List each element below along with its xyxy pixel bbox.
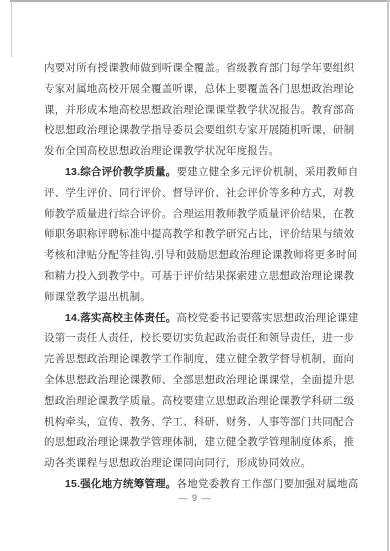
paragraph-text: 各地党委教育工作部门要加强对属地高 xyxy=(177,478,359,490)
document-text-block: 内要对所有授课教师做到听课全覆盖。省级教育部门每学年要组织 专家对属地高校开展全… xyxy=(44,58,347,495)
page-right-edge xyxy=(387,0,389,551)
paragraph-text: 的思想政治理论课教学管理体制，建立健全教学管理制度体系，推 xyxy=(44,436,354,448)
text-line: 全体思想政治理论课教师、全部思想政治理论课课堂，全面提升思 xyxy=(44,370,347,391)
text-line: 专家对属地高校开展全覆盖听课，总体上要覆盖各门思想政治理论 xyxy=(44,79,347,100)
paragraph-text: 发布全国高校思想政治理论课教学状况年度报告。 xyxy=(44,145,279,157)
paragraph-heading: 14.落实高校主体责任。 xyxy=(65,312,177,324)
text-line: 14.落实高校主体责任。高校党委书记要落实思想政治理论课建 xyxy=(44,308,347,329)
paragraph-text: 考核和津贴分配等挂钩,引导和鼓励思想政治理论课教师将更多时间 xyxy=(44,249,357,261)
text-line: 师教学质量进行综合评价。合理运用教师教学质量评价结果，在教 xyxy=(44,204,347,225)
text-line: 考核和津贴分配等挂钩,引导和鼓励思想政治理论课教师将更多时间 xyxy=(44,245,347,266)
text-line: 课，并形成本地高校思想政治理论课课堂教学状况报告。教育部高 xyxy=(44,100,347,121)
paragraph-text: 校思想政治理论课教学指导委员会要组织专家开展随机听课，研制 xyxy=(44,124,354,136)
text-line: 想政治理论课教学质量。高校要建立思想政治理论课教学科研二级 xyxy=(44,391,347,412)
text-line: 内要对所有授课教师做到听课全覆盖。省级教育部门每学年要组织 xyxy=(44,58,347,79)
text-line: 的思想政治理论课教学管理体制，建立健全教学管理制度体系，推 xyxy=(44,432,347,453)
paragraph-text: 高校党委书记要落实思想政治理论课建 xyxy=(177,312,359,324)
text-line: 设第一责任人责任，校长要切实负起政治责任和领导责任，进一步 xyxy=(44,328,347,349)
page-number: — 9 — xyxy=(0,493,390,503)
text-line: 13.综合评价教学质量。要建立健全多元评价机制，采用教师自 xyxy=(44,162,347,183)
paragraph-heading: 15.强化地方统筹管理。 xyxy=(65,478,177,490)
paragraph-text: 课，并形成本地高校思想政治理论课课堂教学状况报告。教育部高 xyxy=(44,104,354,116)
paragraph-text: 专家对属地高校开展全覆盖听课，总体上要覆盖各门思想政治理论 xyxy=(44,83,354,95)
text-line: 15.强化地方统筹管理。各地党委教育工作部门要加强对属地高 xyxy=(44,474,347,495)
text-line: 师课堂教学退出机制。 xyxy=(44,287,347,308)
paragraph-text: 要建立健全多元评价机制，采用教师自 xyxy=(177,166,359,178)
text-line: 评、学生评价、同行评价、督导评价、社会评价等多种方式，对教 xyxy=(44,183,347,204)
page-left-edge xyxy=(11,2,12,57)
text-line: 校思想政治理论课教学指导委员会要组织专家开展随机听课，研制 xyxy=(44,120,347,141)
text-line: 动各类课程与思想政治理论课同向同行，形成协同效应。 xyxy=(44,453,347,474)
page-top-edge xyxy=(10,0,390,2)
paragraph-text: 全体思想政治理论课教师、全部思想政治理论课课堂，全面提升思 xyxy=(44,374,354,386)
text-line: 机构牵头，宣传、教务、学工、科研、财务、人事等部门共同配合 xyxy=(44,412,347,433)
paragraph-text: 评、学生评价、同行评价、督导评价、社会评价等多种方式，对教 xyxy=(44,187,354,199)
paragraph-text: 师教学质量进行综合评价。合理运用教师教学质量评价结果，在教 xyxy=(44,208,354,220)
paragraph-text: 完善思想政治理论课教学工作制度，建立健全教学督导机制，面向 xyxy=(44,353,354,365)
paragraph-text: 机构牵头，宣传、教务、学工、科研、财务、人事等部门共同配合 xyxy=(44,416,354,428)
paragraph-text: 内要对所有授课教师做到听课全覆盖。省级教育部门每学年要组织 xyxy=(44,62,354,74)
text-line: 发布全国高校思想政治理论课教学状况年度报告。 xyxy=(44,141,347,162)
paragraph-text: 想政治理论课教学质量。高校要建立思想政治理论课教学科研二级 xyxy=(44,395,354,407)
paragraph-text: 设第一责任人责任，校长要切实负起政治责任和领导责任，进一步 xyxy=(44,332,354,344)
paragraph-heading: 13.综合评价教学质量。 xyxy=(65,166,177,178)
paragraph-text: 师职务职称评聘标准中提高教学和教学研究占比，评价结果与绩效 xyxy=(44,228,354,240)
paragraph-text: 和精力投入到教学中。可基于评价结果探索建立思想政治理论课教 xyxy=(44,270,354,282)
text-line: 师职务职称评聘标准中提高教学和教学研究占比，评价结果与绩效 xyxy=(44,224,347,245)
document-page: 内要对所有授课教师做到听课全覆盖。省级教育部门每学年要组织 专家对属地高校开展全… xyxy=(0,0,390,551)
paragraph-text: 动各类课程与思想政治理论课同向同行，形成协同效应。 xyxy=(44,457,312,469)
paragraph-text: 师课堂教学退出机制。 xyxy=(44,291,151,303)
text-line: 和精力投入到教学中。可基于评价结果探索建立思想政治理论课教 xyxy=(44,266,347,287)
text-line: 完善思想政治理论课教学工作制度，建立健全教学督导机制，面向 xyxy=(44,349,347,370)
